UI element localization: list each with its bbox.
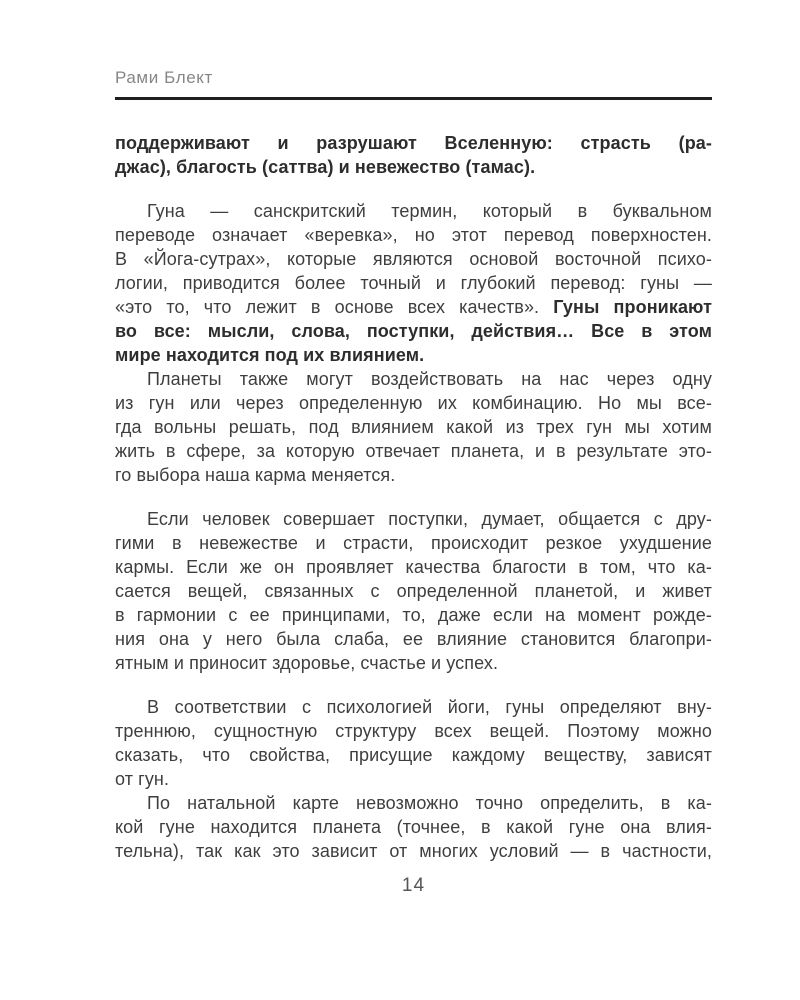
text-line: сказать, что свойства, присущие каждому …: [115, 743, 712, 767]
text-line: гда вольны решать, под влиянием какой из…: [115, 415, 712, 439]
text-line: мире находится под их влиянием.: [115, 343, 712, 367]
text-line: логии, приводится более точный и глубоки…: [115, 271, 712, 295]
text-segment: го выбора наша карма меняется.: [115, 465, 395, 485]
text-line: от гун.: [115, 767, 712, 791]
text-line: поддерживают и разрушают Вселенную: стра…: [115, 131, 712, 155]
text-line: треннюю, сущностную структуру всех вещей…: [115, 719, 712, 743]
body-text: поддерживают и разрушают Вселенную: стра…: [115, 131, 712, 863]
paragraph: поддерживают и разрушают Вселенную: стра…: [115, 131, 712, 179]
text-segment: Планеты также могут воздействовать на на…: [147, 369, 712, 389]
text-segment: В «Йога-сутрах», которые являются осново…: [115, 249, 712, 269]
paragraph: Гуна — санскритский термин, который в бу…: [115, 199, 712, 367]
text-segment: гими в невежестве и страсти, происходит …: [115, 533, 712, 553]
text-segment: кой гуне находится планета (точнее, в ка…: [115, 817, 712, 837]
page-header-author: Рами Блект: [115, 68, 213, 88]
text-segment: в гармонии с ее принципами, то, даже есл…: [115, 605, 712, 625]
text-segment: сается вещей, связанных с определенной п…: [115, 581, 712, 601]
text-line: тельна), так как это зависит от многих у…: [115, 839, 712, 863]
text-segment: ятным и приносит здоровье, счастье и усп…: [115, 653, 498, 673]
text-line: ятным и приносит здоровье, счастье и усп…: [115, 651, 712, 675]
text-line: Гуна — санскритский термин, который в бу…: [115, 199, 712, 223]
text-line: кармы. Если же он проявляет качества бла…: [115, 555, 712, 579]
text-segment: жить в сфере, за которую отвечает планет…: [115, 441, 712, 461]
bold-text-segment: Гуны проникают: [553, 297, 712, 317]
paragraph: Планеты также могут воздействовать на на…: [115, 367, 712, 487]
header-rule: [115, 97, 712, 100]
paragraph: Если человек совершает поступки, думает,…: [115, 507, 712, 675]
bold-text-segment: джас), благость (саттва) и невежество (т…: [115, 157, 535, 177]
text-segment: из гун или через определенную их комбина…: [115, 393, 712, 413]
text-segment: логии, приводится более точный и глубоки…: [115, 273, 712, 293]
text-line: гими в невежестве и страсти, происходит …: [115, 531, 712, 555]
paragraph: По натальной карте невозможно точно опре…: [115, 791, 712, 863]
text-segment: Гуна — санскритский термин, который в бу…: [147, 201, 712, 221]
text-segment: гда вольны решать, под влиянием какой из…: [115, 417, 712, 437]
text-segment: ния она у него была слаба, ее влияние ст…: [115, 629, 712, 649]
text-line: джас), благость (саттва) и невежество (т…: [115, 155, 712, 179]
text-segment: переводе означает «веревка», но этот пер…: [115, 225, 712, 245]
book-page: Рами Блект поддерживают и разрушают Всел…: [0, 0, 800, 1000]
text-line: В соответствии с психологией йоги, гуны …: [115, 695, 712, 719]
text-line: в гармонии с ее принципами, то, даже есл…: [115, 603, 712, 627]
text-segment: кармы. Если же он проявляет качества бла…: [115, 557, 712, 577]
text-line: По натальной карте невозможно точно опре…: [115, 791, 712, 815]
paragraph: В соответствии с психологией йоги, гуны …: [115, 695, 712, 791]
text-line: Планеты также могут воздействовать на на…: [115, 367, 712, 391]
text-line: во все: мысли, слова, поступки, действия…: [115, 319, 712, 343]
text-segment: тельна), так как это зависит от многих у…: [115, 841, 712, 861]
text-segment: По натальной карте невозможно точно опре…: [147, 793, 712, 813]
text-segment: от гун.: [115, 769, 169, 789]
text-line: жить в сфере, за которую отвечает планет…: [115, 439, 712, 463]
text-line: сается вещей, связанных с определенной п…: [115, 579, 712, 603]
text-segment: треннюю, сущностную структуру всех вещей…: [115, 721, 712, 741]
text-line: из гун или через определенную их комбина…: [115, 391, 712, 415]
text-segment: «это то, что лежит в основе всех качеств…: [115, 297, 553, 317]
text-line: Если человек совершает поступки, думает,…: [115, 507, 712, 531]
text-line: го выбора наша карма меняется.: [115, 463, 712, 487]
bold-text-segment: поддерживают и разрушают Вселенную: стра…: [115, 133, 712, 153]
text-line: «это то, что лежит в основе всех качеств…: [115, 295, 712, 319]
text-segment: В соответствии с психологией йоги, гуны …: [147, 697, 712, 717]
text-line: переводе означает «веревка», но этот пер…: [115, 223, 712, 247]
text-segment: сказать, что свойства, присущие каждому …: [115, 745, 712, 765]
text-line: кой гуне находится планета (точнее, в ка…: [115, 815, 712, 839]
text-line: В «Йога-сутрах», которые являются осново…: [115, 247, 712, 271]
bold-text-segment: мире находится под их влиянием.: [115, 345, 424, 365]
bold-text-segment: во все: мысли, слова, поступки, действия…: [115, 321, 712, 341]
text-line: ния она у него была слаба, ее влияние ст…: [115, 627, 712, 651]
text-segment: Если человек совершает поступки, думает,…: [147, 509, 712, 529]
page-number: 14: [115, 875, 712, 897]
